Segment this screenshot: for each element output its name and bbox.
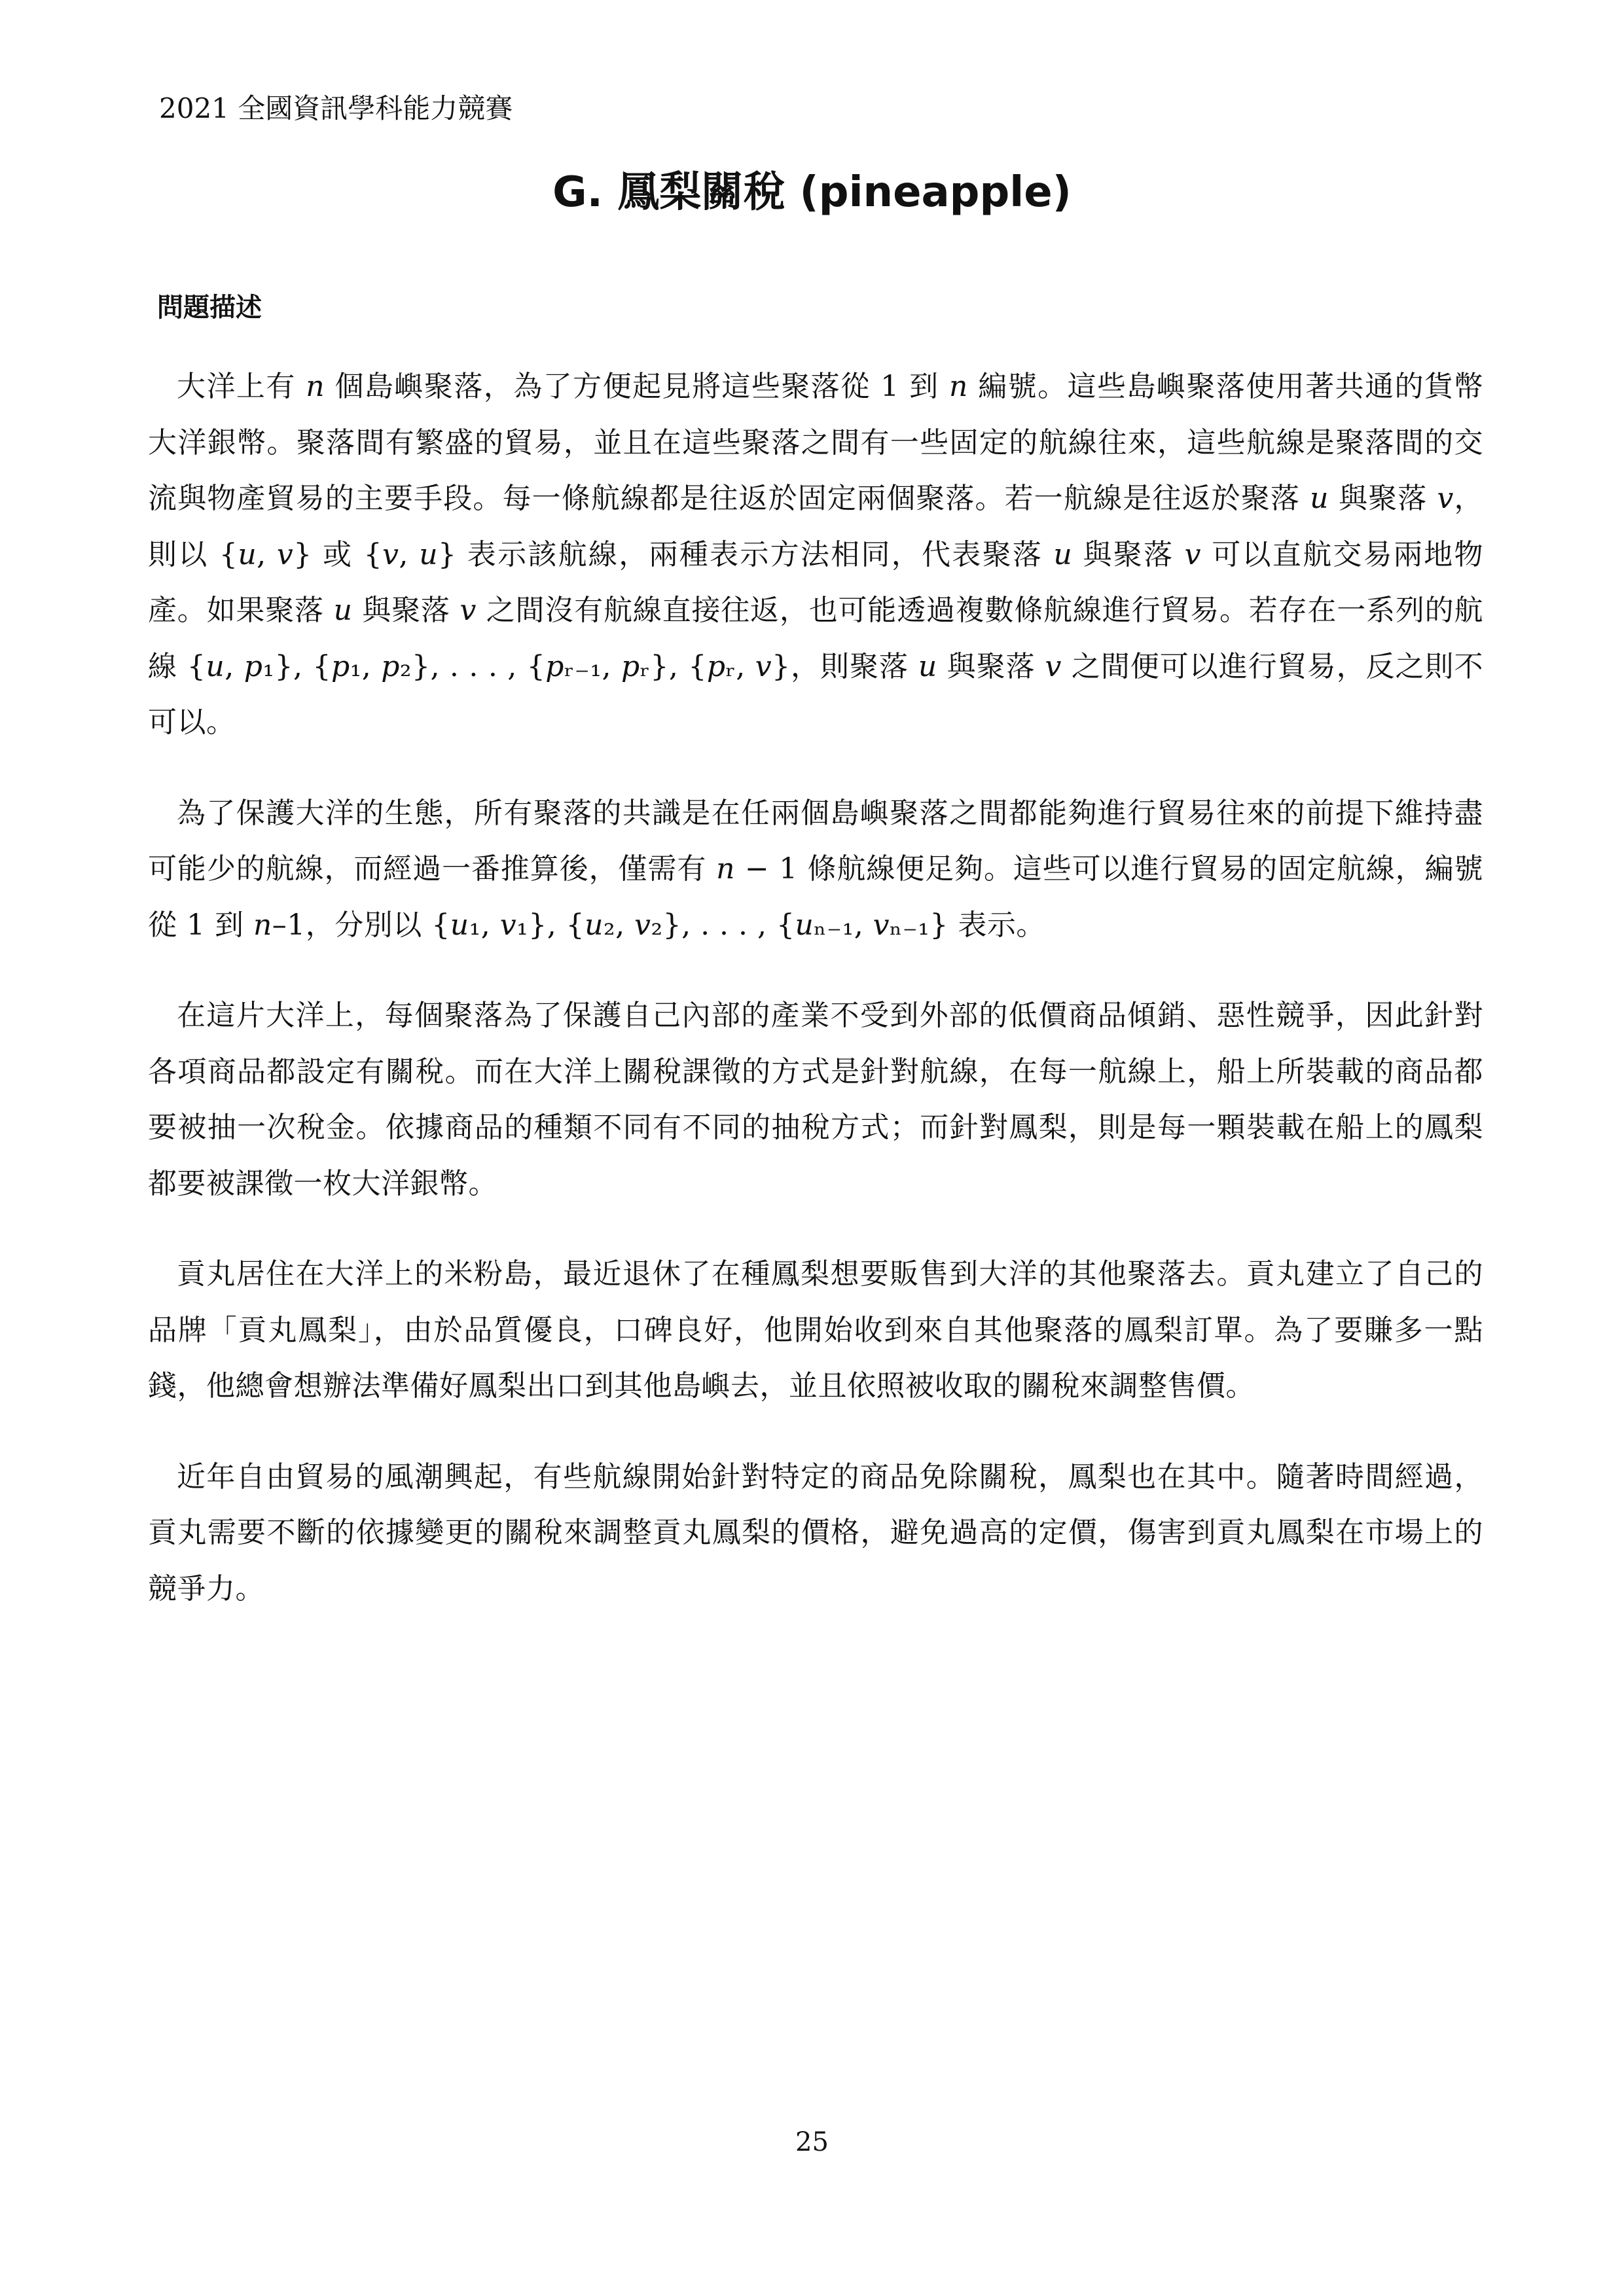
paragraph-gongwan-brand: 貢丸居住在大洋上的米粉島，最近退休了在種鳳梨想要販售到大洋的其他聚落去。貢丸建立…: [148, 1246, 1483, 1414]
paragraph-free-trade: 近年自由貿易的風潮興起，有些航線開始針對特定的商品免除關稅，鳳梨也在其中。隨著時…: [148, 1449, 1483, 1617]
problem-title: G. 鳳梨關稅 (pineapple): [0, 165, 1624, 220]
page-number: 25: [0, 2124, 1624, 2161]
paragraph-minimal-routes: 為了保護大洋的生態，所有聚落的共識是在任兩個島嶼聚落之間都能夠進行貿易往來的前提…: [148, 785, 1483, 954]
section-heading-problem-description: 問題描述: [157, 289, 262, 326]
problem-description-body: 大洋上有 𝑛 個島嶼聚落，為了方便起見將這些聚落從 1 到 𝑛 編號。這些島嶼聚…: [148, 359, 1483, 1651]
document-page: 2021 全國資訊學科能力競賽 G. 鳳梨關稅 (pineapple) 問題描述…: [0, 0, 1624, 2296]
paragraph-islands-and-routes: 大洋上有 𝑛 個島嶼聚落，為了方便起見將這些聚落從 1 到 𝑛 編號。這些島嶼聚…: [148, 359, 1483, 751]
paragraph-tariffs: 在這片大洋上，每個聚落為了保護自己內部的產業不受到外部的低價商品傾銷、惡性競爭，…: [148, 988, 1483, 1211]
running-header: 2021 全國資訊學科能力競賽: [159, 90, 513, 127]
